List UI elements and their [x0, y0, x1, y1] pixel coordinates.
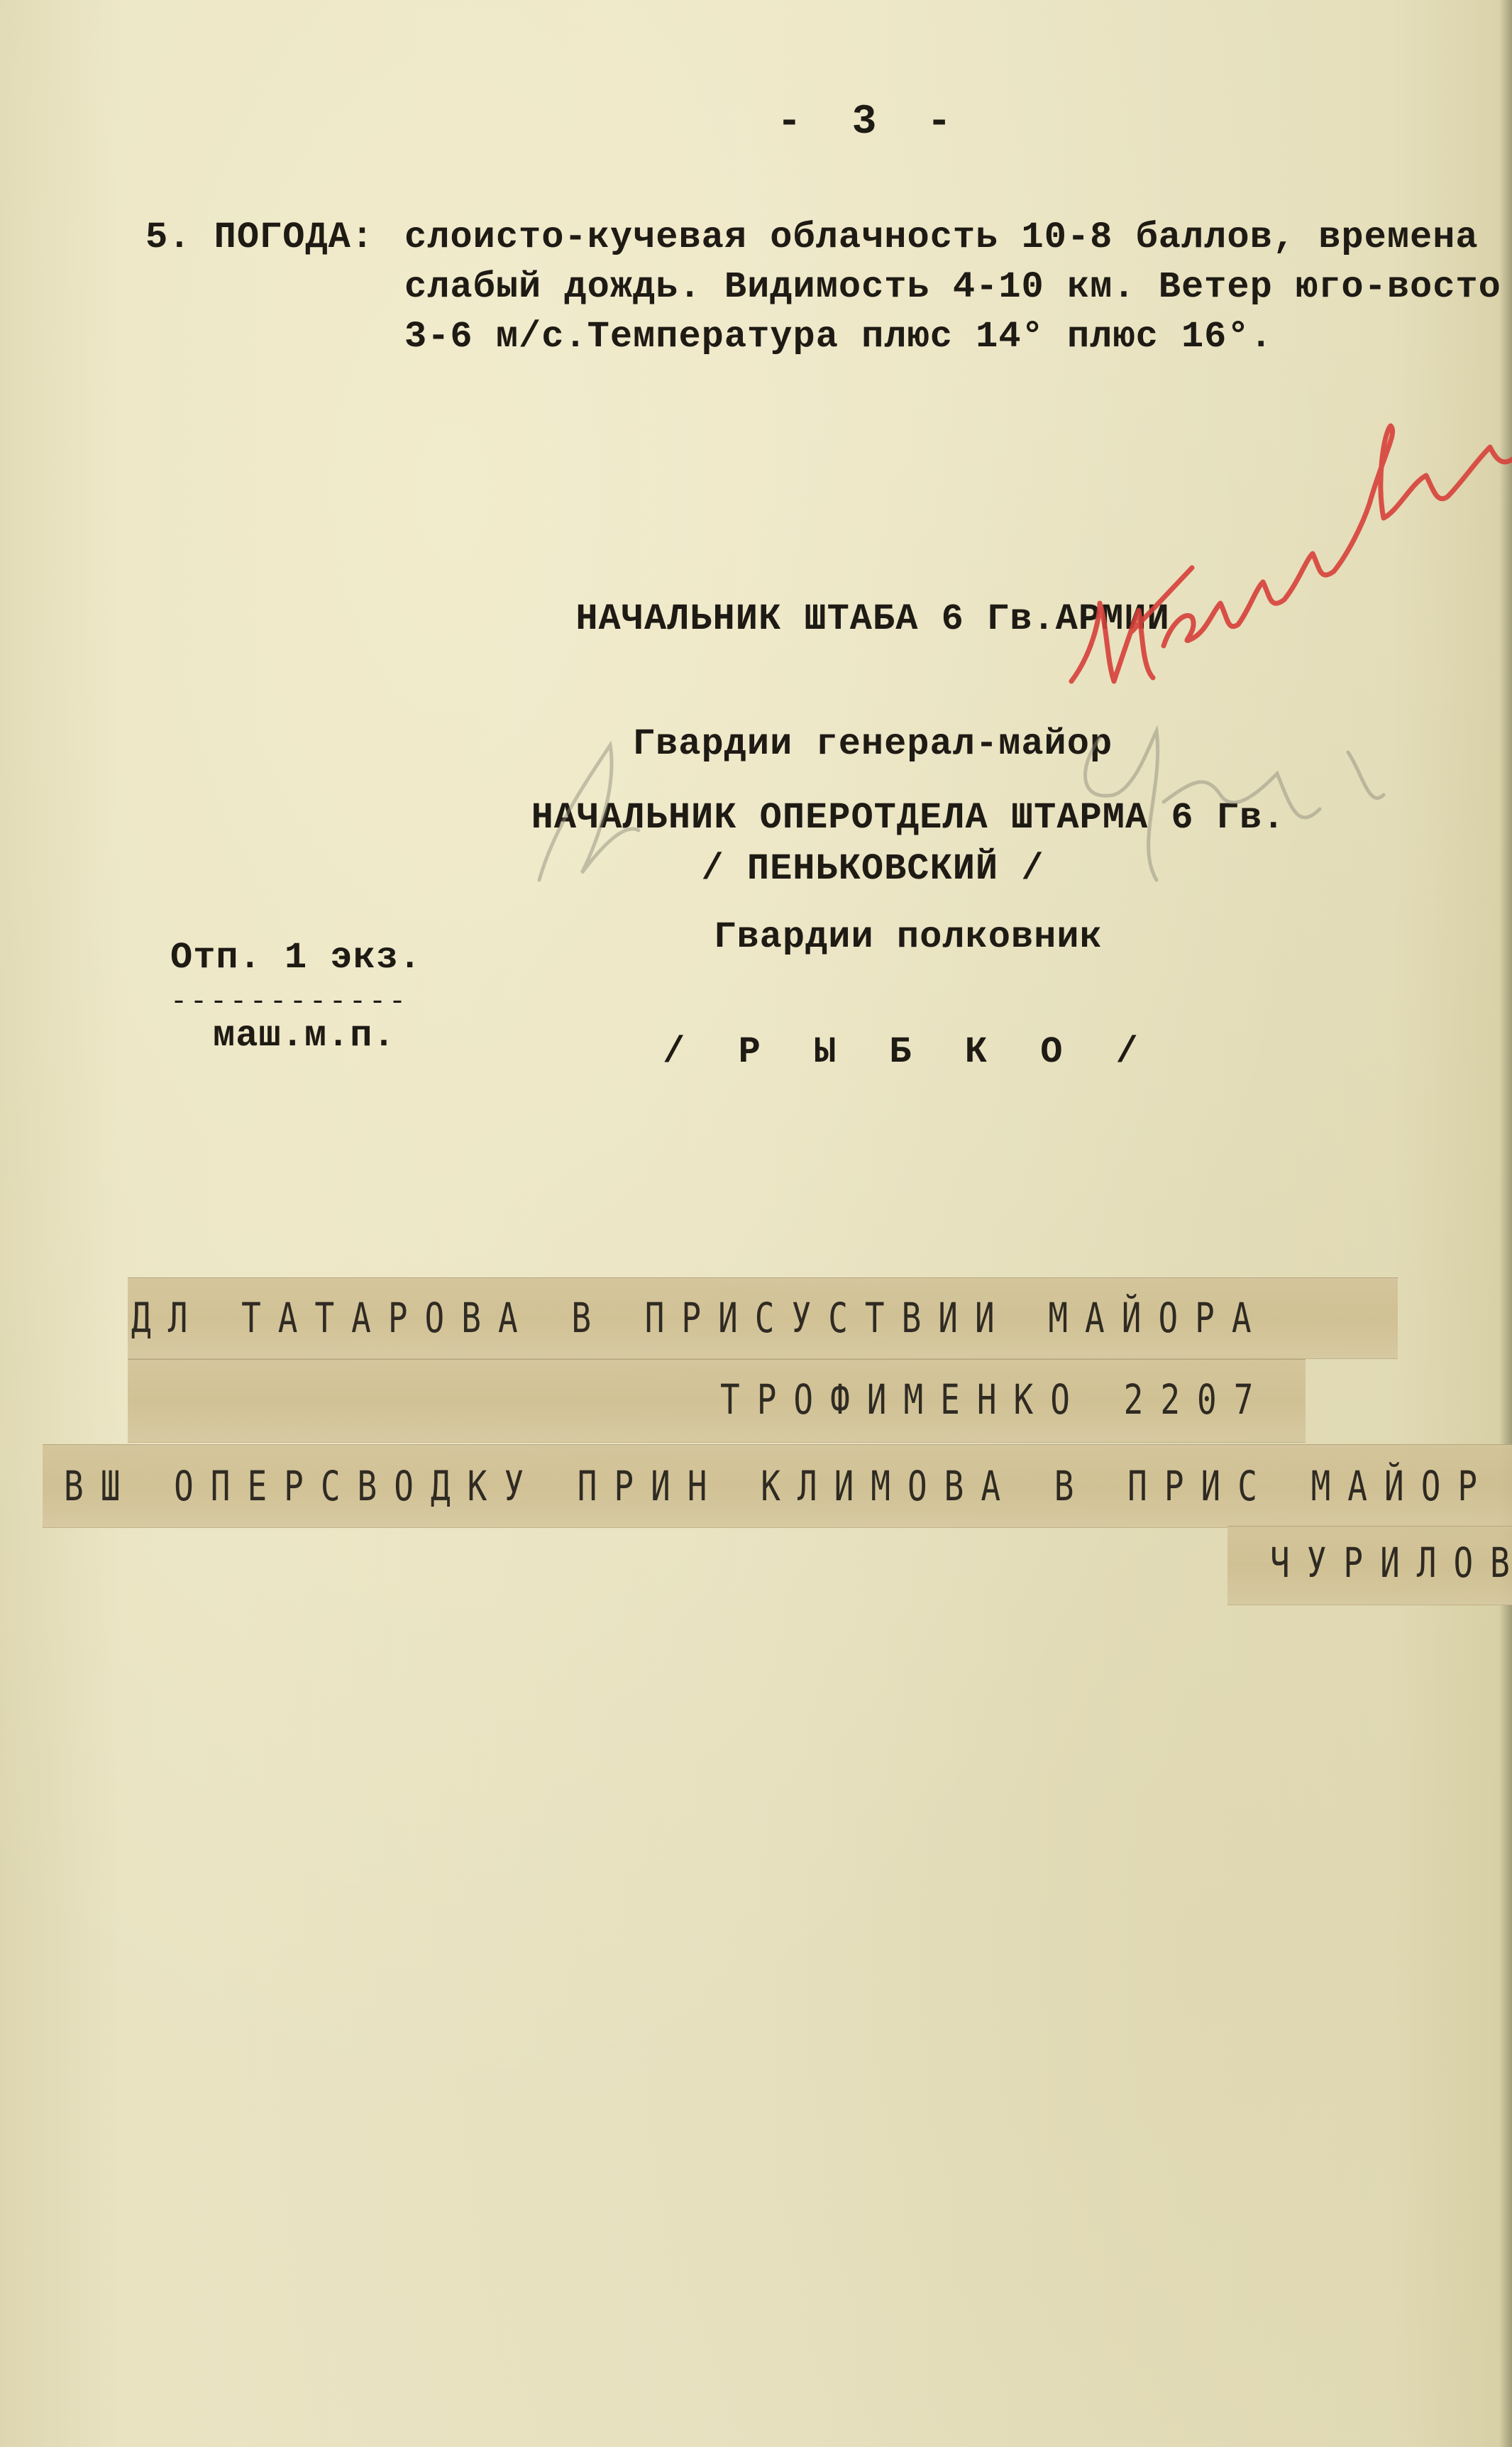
- page-number: - 3 -: [777, 99, 964, 145]
- pencil-handwritten-signature-icon: [511, 703, 1504, 887]
- tape-text: ДЛ ТАТАРОВА В ПРИСУСТВИИ МАЙОРА: [131, 1294, 1269, 1342]
- copy-count-note: Отп. 1 экз.: [170, 937, 421, 979]
- paper-background: [0, 0, 1512, 2447]
- weather-label: 5. ПОГОДА:: [145, 216, 374, 258]
- telegraph-tape-4: ЧУРИЛОВ: [1227, 1526, 1512, 1605]
- signature-name: / Р Ы Б К О /: [518, 1031, 1298, 1074]
- weather-line-2: слабый дождь. Видимость 4-10 км. Ветер ю…: [404, 266, 1501, 308]
- weather-line-3: 3-6 м/с.Температура плюс 14° плюс 16°.: [404, 316, 1273, 358]
- tape-text: ТРОФИМЕНКО 2207: [720, 1375, 1270, 1424]
- tape-text: ЧУРИЛОВ: [1270, 1539, 1512, 1587]
- red-handwritten-signature-icon: [1050, 397, 1512, 695]
- tape-text: ВШ ОПЕРСВОДКУ ПРИН КЛИМОВА В ПРИС МАЙОР: [64, 1462, 1494, 1510]
- telegraph-tape-2: ТРОФИМЕНКО 2207: [128, 1359, 1306, 1443]
- page-edge-shadow: [1499, 0, 1512, 2447]
- telegraph-tape-1: ДЛ ТАТАРОВА В ПРИСУСТВИИ МАЙОРА: [128, 1277, 1398, 1359]
- typist-note: маш.м.п.: [213, 1015, 396, 1057]
- telegraph-tape-3: ВШ ОПЕРСВОДКУ ПРИН КЛИМОВА В ПРИС МАЙОР: [43, 1444, 1512, 1528]
- signature-rank: Гвардии полковник: [518, 918, 1298, 957]
- copy-note-separator: ------------: [170, 986, 409, 1018]
- weather-line-1: слоисто-кучевая облачность 10-8 баллов, …: [404, 216, 1479, 258]
